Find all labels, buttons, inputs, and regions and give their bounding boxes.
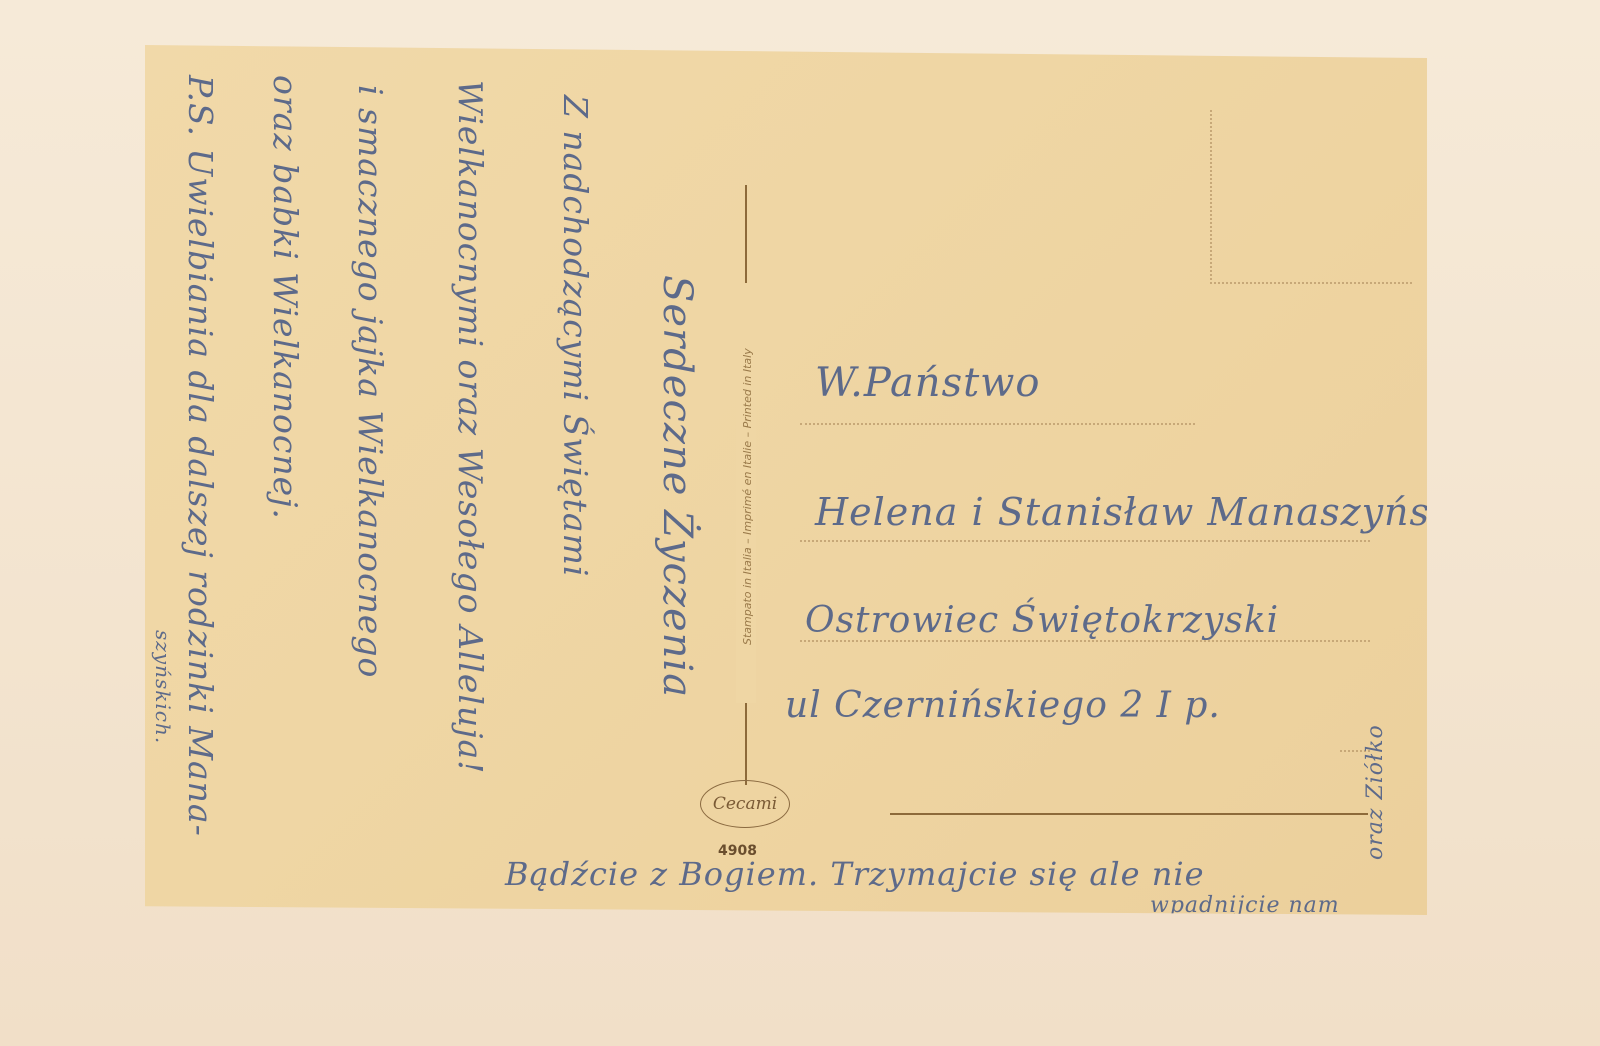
address-line-1: W.Państwo	[815, 360, 1040, 406]
address-line-4: ul Czernińskiego 2 I p.	[785, 685, 1221, 726]
postcard: Serdeczne Życzenia Z nadchodzącymi Święt…	[145, 45, 1427, 915]
publisher-logo-text: Cecami	[713, 794, 777, 814]
right-margin-note: oraz Ziółko	[1363, 724, 1388, 860]
bottom-message-continued: wpadnijcie nam	[1150, 893, 1340, 918]
message-line-2: Wielkanocnymi oraz Wesołego Alleluja!	[451, 80, 490, 774]
address-dotted-line-1	[800, 423, 1195, 425]
message-line-5: P.S. Uwielbiania dla dalszej rodzinki Ma…	[181, 75, 220, 837]
message-line-3: i smacznego jajka Wielkanocnego	[351, 85, 390, 678]
address-dotted-line-2	[800, 540, 1370, 542]
address-solid-line	[890, 813, 1368, 815]
address-line-2: Helena i Stanisław Manaszyńscy	[815, 490, 1475, 534]
address-dotted-line-3	[800, 640, 1370, 642]
message-line-6: szyńskich.	[151, 630, 175, 744]
greeting-heading: Serdeczne Życzenia	[654, 275, 700, 698]
address-line-3: Ostrowiec Świętokrzyski	[805, 600, 1279, 641]
bottom-message: Bądźcie z Bogiem. Trzymajcie się ale nie	[505, 855, 1205, 893]
publisher-logo: Cecami	[700, 780, 790, 828]
message-line-4: oraz babki Wielkanocnej.	[266, 75, 305, 520]
imprint-text: Stampato in Italia – Imprimé en Italie –…	[741, 348, 754, 645]
message-line-1: Z nadchodzącymi Świętami	[556, 95, 595, 577]
stamp-area	[1210, 110, 1412, 284]
